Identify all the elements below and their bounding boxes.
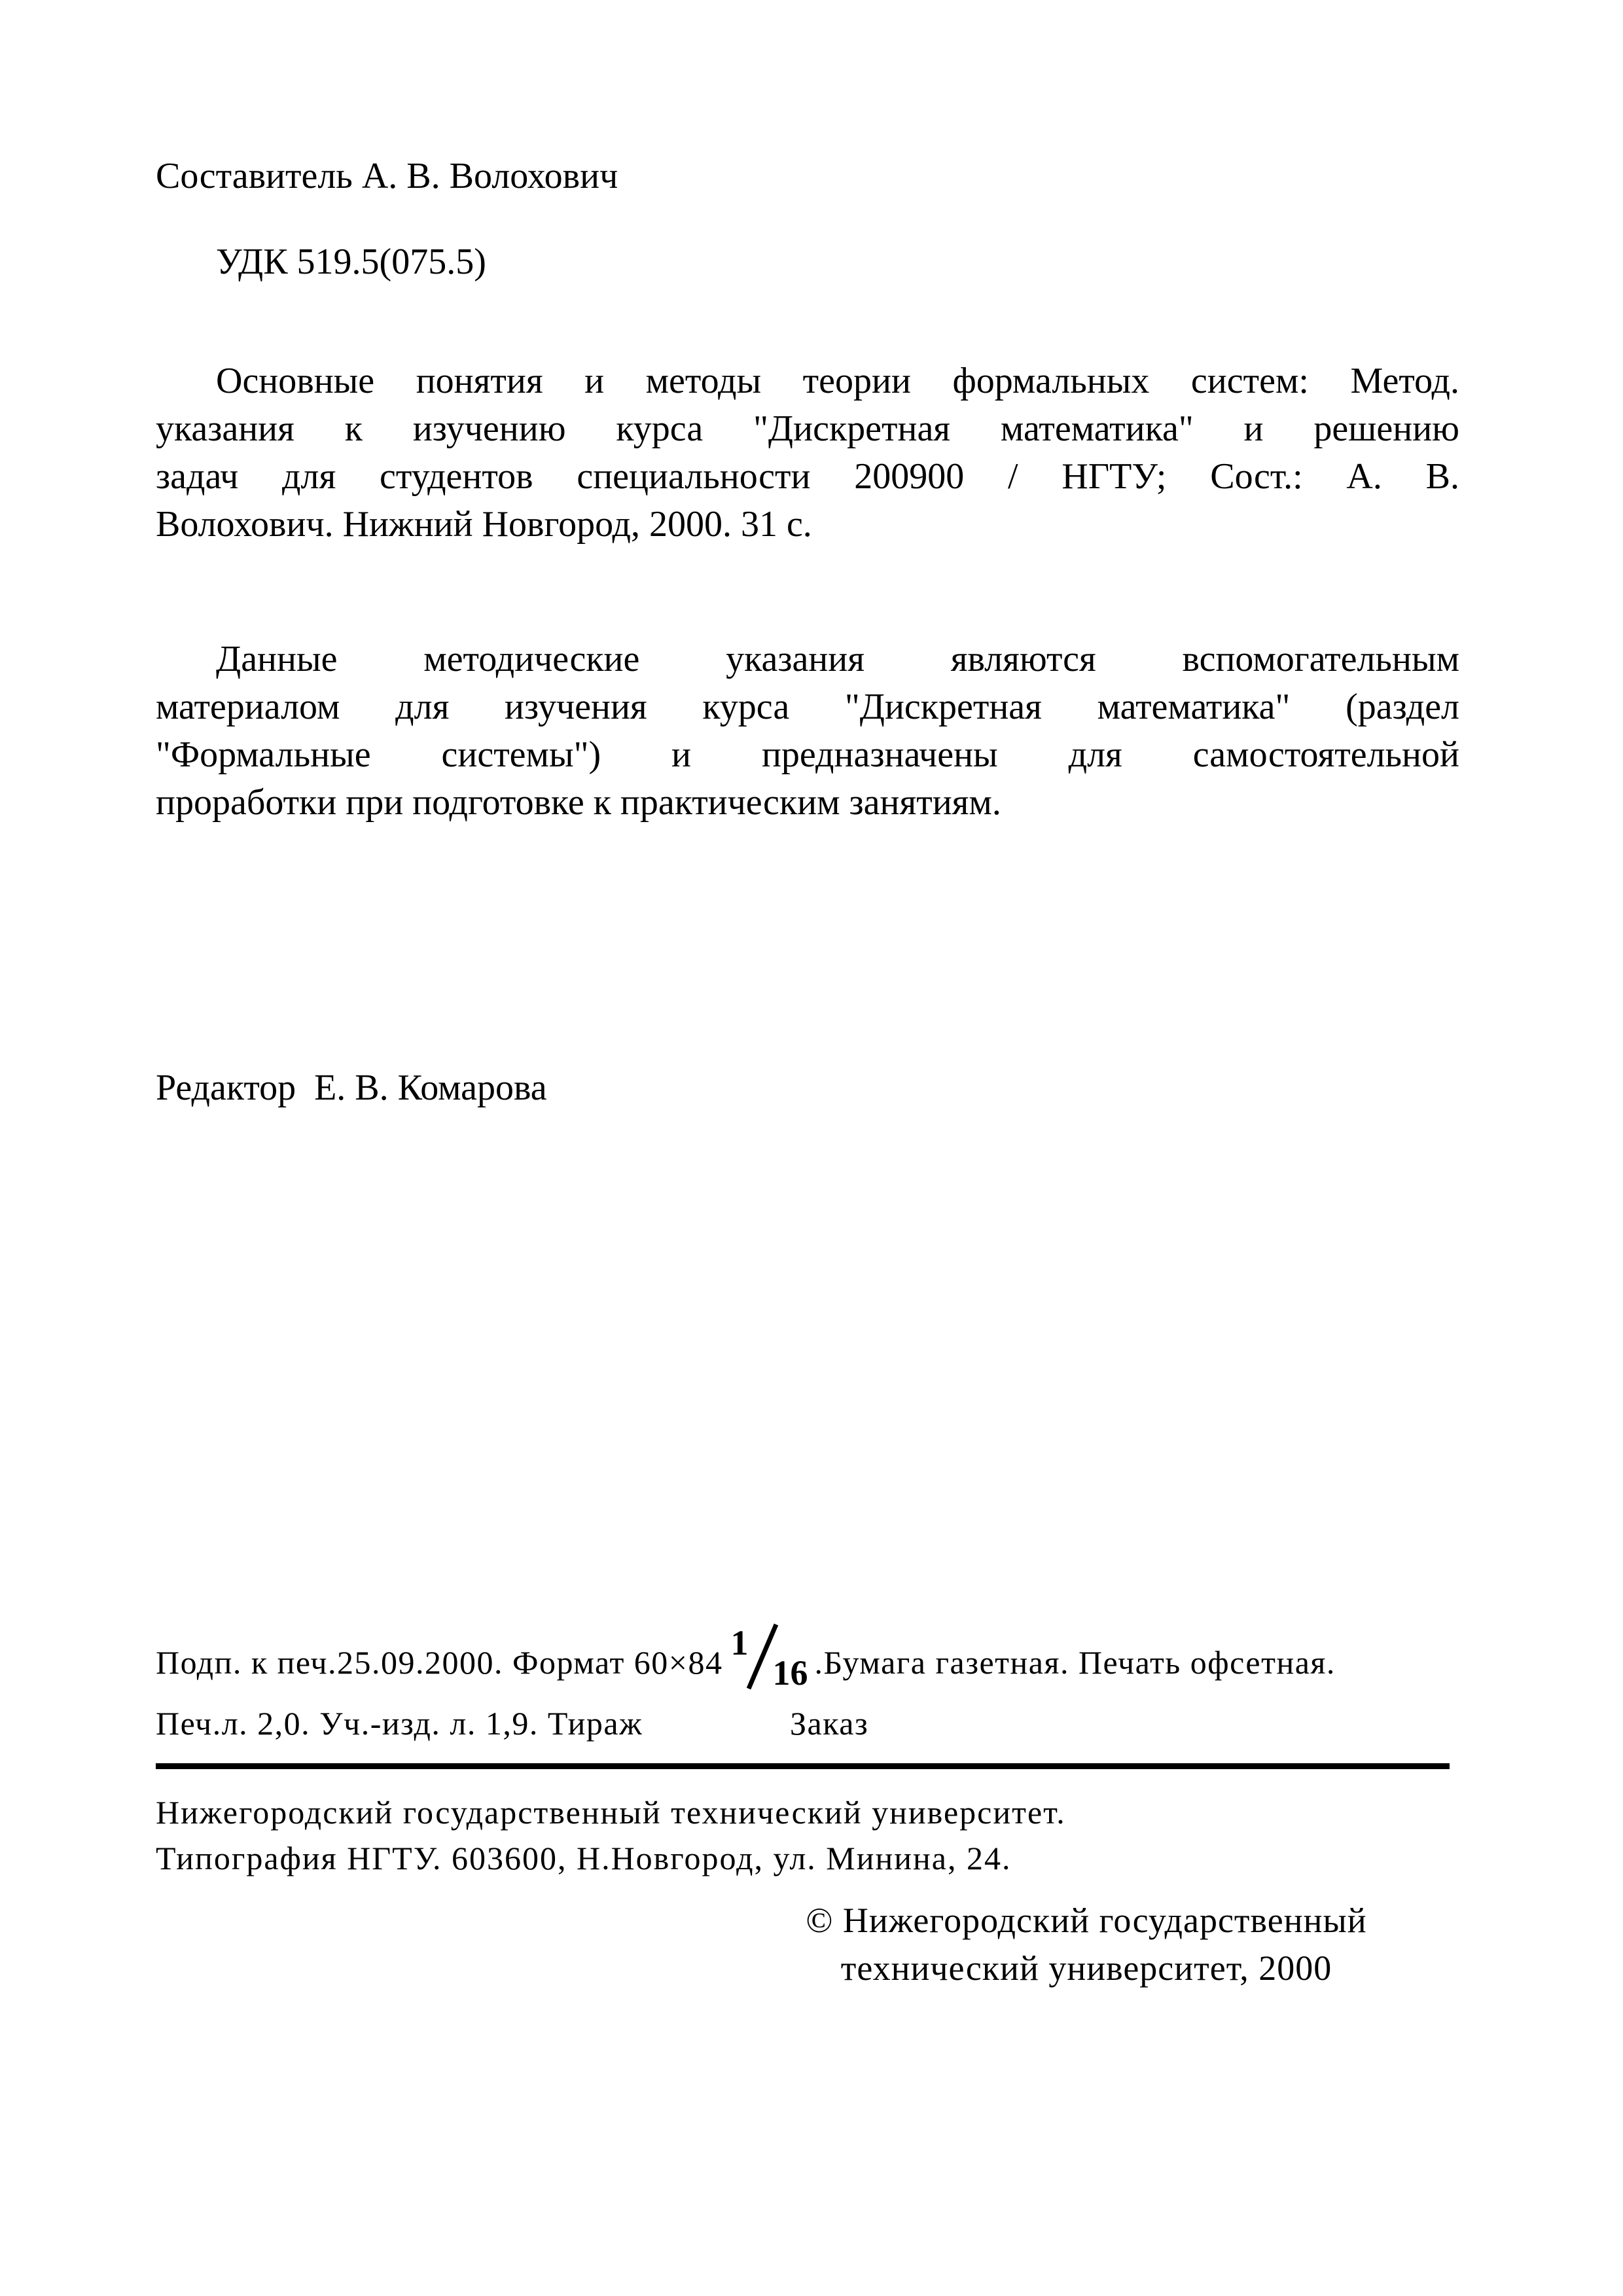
paragraph-line: материалом для изучения курса "Дискретна…	[156, 683, 1459, 731]
paragraph-line: Данные методические указания являются вс…	[156, 636, 1459, 683]
imprint-order-label: Заказ	[790, 1700, 868, 1746]
imprint-print-sheets: Печ.л. 2,0. Уч.-изд. л. 1,9. Тираж	[156, 1705, 643, 1742]
paragraph-line: "Формальные системы") и предназначены дл…	[156, 731, 1459, 779]
editor-line: Редактор Е. В. Комарова	[156, 1064, 547, 1112]
imprint-line-1-prefix: Подп. к печ.25.09.2000. Формат 60×84	[156, 1644, 723, 1681]
publisher-address-line: Типография НГТУ. 603600, Н.Новгород, ул.…	[156, 1835, 1012, 1881]
format-fraction: 116	[730, 1645, 813, 1674]
imprint-page: Составитель А. В. Волохович УДК 519.5(07…	[0, 0, 1623, 2296]
copyright-line-2: технический университет, 2000	[736, 1945, 1437, 1992]
imprint-line-2: Печ.л. 2,0. Уч.-изд. л. 1,9. Тираж Заказ	[156, 1700, 1450, 1746]
imprint-line-1: Подп. к печ.25.09.2000. Формат 60×84116.…	[156, 1640, 1336, 1685]
copyright-block: © Нижегородский государственный техничес…	[736, 1897, 1437, 1992]
compiler-line: Составитель А. В. Волохович	[156, 152, 618, 200]
divider-rule	[156, 1763, 1450, 1769]
paragraph-line: указания к изучению курса "Дискретная ма…	[156, 405, 1459, 453]
publisher-name-line: Нижегородский государственный технически…	[156, 1789, 1066, 1835]
abstract-paragraph: Основные понятия и методы теории формаль…	[156, 357, 1459, 548]
imprint-line-1-suffix: .Бумага газетная. Печать офсетная.	[815, 1644, 1336, 1681]
paragraph-line: проработки при подготовке к практическим…	[156, 779, 1459, 827]
paragraph-line: задач для студентов специальности 200900…	[156, 453, 1459, 501]
udc-line: УДК 519.5(075.5)	[216, 238, 486, 286]
annotation-paragraph: Данные методические указания являются вс…	[156, 636, 1459, 827]
paragraph-line: Волохович. Нижний Новгород, 2000. 31 с.	[156, 501, 1459, 548]
fraction-denominator: 16	[773, 1655, 808, 1691]
paragraph-line: Основные понятия и методы теории формаль…	[156, 357, 1459, 405]
copyright-line-1: © Нижегородский государственный	[736, 1897, 1437, 1945]
